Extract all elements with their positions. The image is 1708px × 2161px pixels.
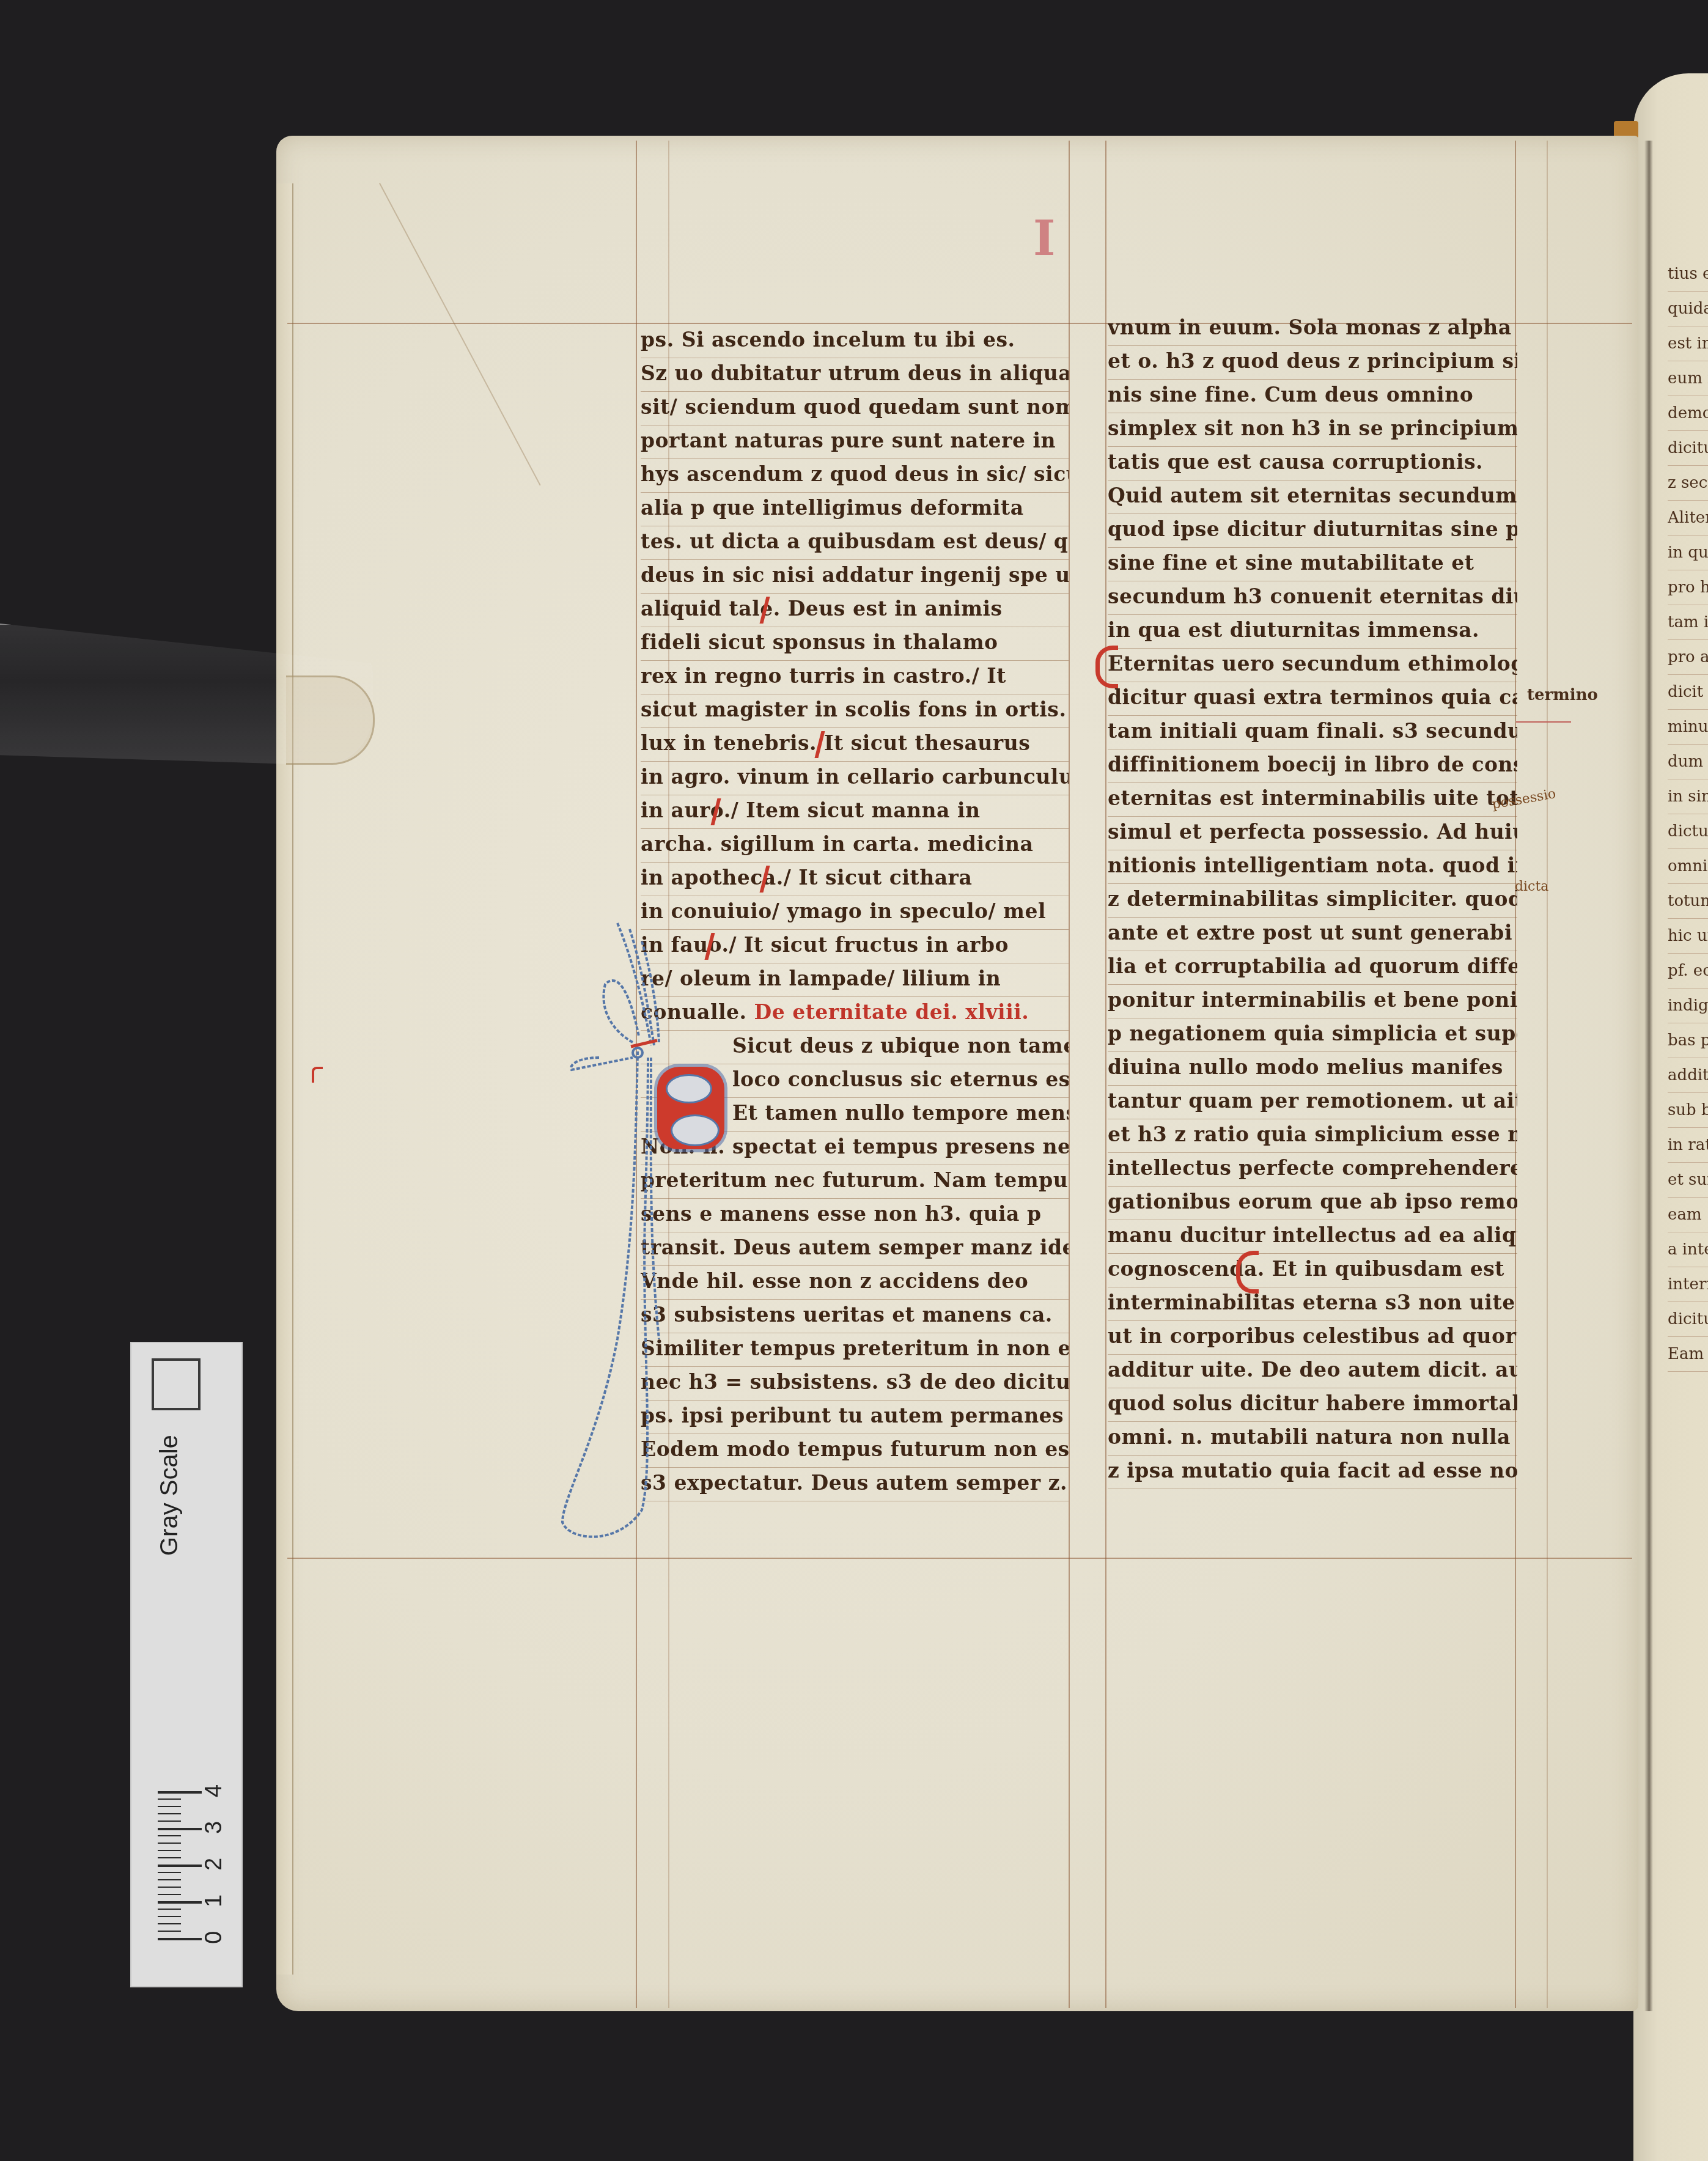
manuscript-line: gationibus eorum que ab ipso remouentur. [1108, 1186, 1517, 1220]
scale-tick [158, 1894, 181, 1895]
manuscript-line: aliquid tale. Deus est in animis [641, 593, 1069, 627]
manuscript-line: in conuiuio/ ymago in speculo/ mel [641, 896, 1069, 930]
plastic-clip-tip [286, 676, 375, 765]
facing-page-line: pro h3 e [1668, 570, 1708, 605]
manuscript-line: interminabilitas eterna s3 non uite [1108, 1287, 1517, 1321]
facing-page-line: hic uitu [1668, 919, 1708, 954]
manuscript-line: et o. h3 z quod deus z principium sine p… [1108, 345, 1517, 380]
manuscript-line: cognoscenda. Et in quibusdam est [1108, 1253, 1517, 1287]
ruling-right-col-left [1105, 141, 1106, 2008]
ruling-outer-margin [1547, 141, 1548, 2008]
manuscript-line: ante et extre post ut sunt generabi [1108, 917, 1517, 951]
red-initial-c [1236, 1251, 1259, 1294]
scale-tick-label: 1 [201, 1894, 227, 1907]
initial-upper-bowl [666, 1074, 712, 1103]
scale-label: Gray Scale [156, 1435, 183, 1556]
facing-page-line: et sunt [1668, 1163, 1708, 1198]
manuscript-line: Eternitas uero secundum ethimologiam [1108, 648, 1517, 682]
scale-tick [158, 1820, 181, 1822]
manuscript-line: Sz uo dubitatur utrum deus in aliqua [641, 358, 1069, 392]
manuscript-line: p negationem quia simplicia et superne [1108, 1018, 1517, 1052]
facing-page-line: z secundu [1668, 466, 1708, 501]
scale-tick [158, 1916, 181, 1917]
manuscript-line: in auro./ Item sicut manna in [641, 795, 1069, 829]
pen-flourish [526, 911, 672, 1828]
facing-page-line: dicit de [1668, 675, 1708, 710]
scale-tick [158, 1813, 181, 1814]
facing-page-line: demonst [1668, 396, 1708, 431]
manuscript-line: rex in regno turris in castro./ It [641, 660, 1069, 694]
manuscript-line: simplex sit non h3 in se principium cont… [1108, 413, 1517, 447]
manuscript-line: sens e manens esse non h3. quia p [641, 1198, 1069, 1232]
manuscript-line: transit. Deus autem semper manz idem. [641, 1232, 1069, 1266]
manuscript-line: sit/ sciendum quod quedam sunt nomina qu… [641, 391, 1069, 425]
manuscript-line: simul et perfecta possessio. Ad huius di… [1108, 816, 1517, 850]
scale-tick [158, 1901, 202, 1904]
scale-tick [158, 1865, 202, 1867]
scale-tick [158, 1879, 181, 1880]
scale-tick [158, 1887, 181, 1888]
manuscript-line: tantur quam per remotionem. ut ait dyo. [1108, 1085, 1517, 1119]
ruling-left-col-right [1069, 141, 1070, 2008]
facing-page-text: tius estquidam inest intermeum immodemon… [1668, 257, 1708, 1565]
manuscript-line: dicitur quasi extra terminos quia caret [1108, 682, 1517, 716]
scale-tick [158, 1872, 181, 1873]
red-initial-c [1095, 646, 1118, 688]
manuscript-line: omni. n. mutabili natura non nulla mors [1108, 1421, 1517, 1456]
manuscript-line: tam initiali quam finali. s3 secundum [1108, 715, 1517, 749]
initial-lower-bowl [671, 1114, 720, 1146]
scale-tick-label: 4 [201, 1784, 227, 1797]
manuscript-line: ponitur interminabilis et bene ponitur p [1108, 984, 1517, 1018]
manuscript-line: et h3 z ratio quia simplicium esse non p… [1108, 1119, 1517, 1153]
patch-dark-gray [152, 1392, 201, 1410]
manuscript-line: lux in tenebris. It sicut thesaurus [641, 727, 1069, 762]
manuscript-line: ut in corporibus celestibus ad quorum di… [1108, 1320, 1517, 1355]
manuscript-line: tatis que est causa corruptionis. [1108, 446, 1517, 480]
manuscript-line: Quid autem sit eternitas secundum rem sc… [1108, 480, 1517, 514]
manuscript-line: hys ascendum z quod deus in sic/ sicut [641, 458, 1069, 493]
facing-page-line: eam [1668, 1198, 1708, 1232]
text-column-right: vnum in euum. Sola monas z alphaet o. h3… [1108, 312, 1517, 1534]
scale-tick-label: 3 [201, 1821, 227, 1834]
manuscript-line: nis sine fine. Cum deus omnino [1108, 379, 1517, 413]
scale-tick [158, 1791, 202, 1794]
scale-tick [158, 1828, 202, 1830]
manuscript-line: Similiter tempus preteritum in non est. [641, 1333, 1069, 1367]
facing-page-line: dicitur [1668, 1302, 1708, 1337]
margin-note-termino: termino [1527, 686, 1598, 704]
gray-scale-ruler [130, 1342, 243, 1987]
ruling-bottom [287, 1558, 1632, 1559]
manuscript-line: deus in sic nisi addatur ingenij spe ut [641, 559, 1069, 594]
facing-page-line: indigent [1668, 988, 1708, 1023]
facing-page-line: a interm [1668, 1232, 1708, 1267]
manuscript-line: conualle. De eternitate dei. xlviii. [641, 996, 1069, 1031]
facing-page-line: dum 3 [1668, 745, 1708, 779]
manuscript-line: s3 subsistens ueritas et manens ca. [641, 1299, 1069, 1333]
scale-tick [158, 1931, 181, 1932]
scale-tick [158, 1923, 181, 1924]
scale-tick [158, 1798, 181, 1800]
manuscript-line: z determinabilitas simpliciter. quod ext… [1108, 883, 1517, 918]
scale-tick [158, 1857, 181, 1858]
facing-page-line: eum immo [1668, 361, 1708, 396]
scale-tick [158, 1938, 202, 1940]
page-signature: I [1033, 211, 1056, 267]
patch-mid-gray [152, 1377, 201, 1392]
facing-page-line: additur p [1668, 1058, 1708, 1093]
manuscript-line: ps. Si ascendo incelum tu ibi es. [641, 324, 1069, 358]
text-column-left: ps. Si ascendo incelum tu ibi es.Sz uo d… [641, 324, 1069, 1541]
manuscript-line: s3 expectatur. Deus autem semper z. [641, 1467, 1069, 1501]
manuscript-line: nec h3 = subsistens. s3 de deo dicitur i… [641, 1366, 1069, 1401]
manuscript-line: fideli sicut sponsus in thalamo [641, 627, 1069, 661]
scale-tick [158, 1909, 181, 1910]
manuscript-line: ps. ipsi peribunt tu autem permanes [641, 1400, 1069, 1434]
facing-page-line: sub beatu [1668, 1093, 1708, 1128]
manuscript-line: sine fine et sine mutabilitate et [1108, 547, 1517, 581]
manuscript-line: tes. ut dicta a quibusdam est deus/ quod [641, 526, 1069, 560]
scale-tick-label: 0 [201, 1931, 227, 1944]
facing-page-line: pro an [1668, 640, 1708, 675]
facing-page-line: totum [1668, 884, 1708, 919]
manuscript-line: z ipsa mutatio quia facit ad esse non = [1108, 1455, 1517, 1489]
manuscript-line: Sicut deus z ubique non tamen aliquo [641, 1030, 1069, 1064]
facing-page-line: interminabilit [1668, 1267, 1708, 1302]
scale-tick [158, 1835, 181, 1836]
manuscript-line: lia et corruptabilia ad quorum different… [1108, 951, 1517, 985]
manuscript-line: Vnde hil. esse non z accidens deo [641, 1265, 1069, 1300]
manuscript-line: in agro. vinum in cellario carbunculus [641, 761, 1069, 795]
manuscript-line: vnum in euum. Sola monas z alpha [1108, 312, 1517, 346]
manuscript-line: preteritum nec futurum. Nam tempus p [641, 1165, 1069, 1199]
facing-page-line: in singul [1668, 779, 1708, 814]
scale-tick [158, 1806, 181, 1807]
manuscript-line: intellectus perfecte comprehendere et id… [1108, 1152, 1517, 1187]
manuscript-line: manu ducitur intellectus ad ea aliqualit… [1108, 1220, 1517, 1254]
page-gutter-shadow [1644, 141, 1653, 2011]
manuscript-line: portant naturas pure sunt natere in [641, 425, 1069, 459]
red-margin-mark [312, 1067, 323, 1083]
scale-tick [158, 1850, 181, 1851]
facing-page-line: quidam in [1668, 292, 1708, 326]
manuscript-line: in apotheca./ It sicut cithara [641, 862, 1069, 896]
facing-page-line: dicitur [1668, 431, 1708, 466]
manuscript-line: diffinitionem boecij in libro de consola… [1108, 749, 1517, 783]
rubric-heading: De eternitate dei. xlviii. [754, 1000, 1029, 1024]
facing-page-line: tius est [1668, 257, 1708, 292]
facing-page-line: in ratione [1668, 1128, 1708, 1163]
facing-page-line: minutum [1668, 710, 1708, 745]
facing-page-line: pf. eo [1668, 954, 1708, 988]
facing-page-line: Aliter in [1668, 501, 1708, 536]
patch-white [152, 1358, 201, 1377]
manuscript-line: archa. sigillum in carta. medicina [641, 828, 1069, 863]
manuscript-line: quod solus dicitur habere immortalitatem… [1108, 1388, 1517, 1422]
manuscript-line: eternitas est interminabilis uite tota [1108, 782, 1517, 817]
manuscript-line: diuina nullo modo melius manifes [1108, 1051, 1517, 1086]
manuscript-line: sicut magister in scolis fons in ortis. [641, 694, 1069, 728]
scale-tick [158, 1843, 181, 1844]
manuscript-line: re/ oleum in lampade/ lilium in [641, 963, 1069, 997]
manuscript-line: in qua est diuturnitas immensa. [1108, 614, 1517, 649]
margin-underline [1516, 721, 1571, 723]
manuscript-line: nitionis intelligentiam nota. quod in qu… [1108, 850, 1517, 884]
facing-page-line: in quibus [1668, 536, 1708, 570]
facing-page-line: Eam nam [1668, 1337, 1708, 1372]
facing-page-line: est interm [1668, 326, 1708, 361]
manuscript-line: secundum h3 conuenit eternitas diuine na… [1108, 581, 1517, 615]
manuscript-line: quod ipse dicitur diuturnitas sine princ… [1108, 514, 1517, 548]
folio-left-edge [276, 183, 293, 1975]
facing-page-line: omni [1668, 849, 1708, 884]
manuscript-line: Eodem modo tempus futurum non est. [641, 1434, 1069, 1468]
facing-page-line: dictum s [1668, 814, 1708, 849]
facing-page-line: bas pd [1668, 1023, 1708, 1058]
facing-page-line: tam in dici [1668, 605, 1708, 640]
margin-note-dicta: dicta [1515, 879, 1548, 894]
manuscript-line: additur uite. De deo autem dicit. aug. [1108, 1354, 1517, 1388]
manuscript-line: alia p que intelligimus deformita [641, 492, 1069, 526]
scale-tick-label: 2 [201, 1858, 227, 1871]
